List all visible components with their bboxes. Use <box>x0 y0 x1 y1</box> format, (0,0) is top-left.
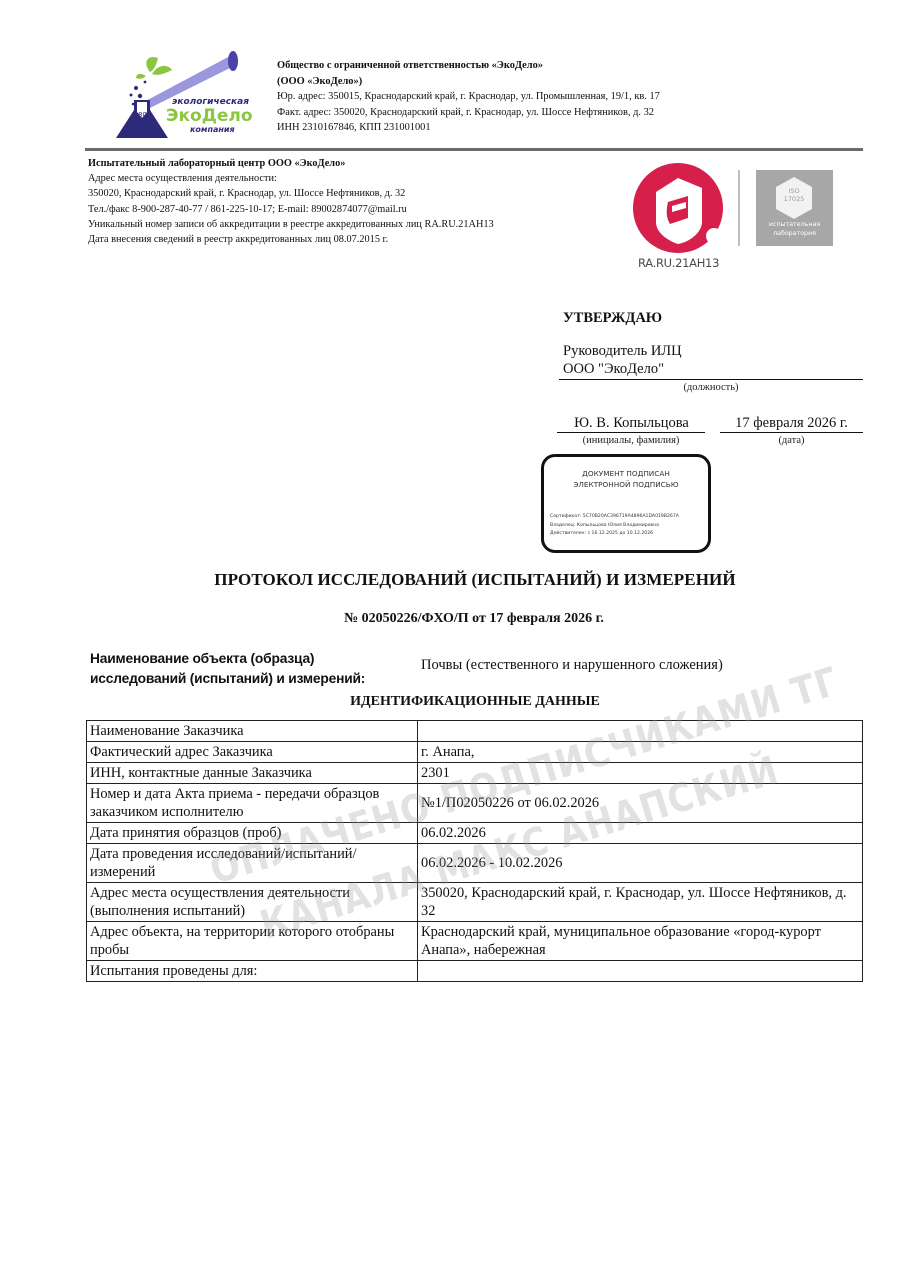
svg-text:80: 80 <box>138 111 147 119</box>
accreditation-a-icon <box>632 162 724 254</box>
org-short-name: (ООО «ЭкоДело») <box>277 74 660 90</box>
approval-title: УТВЕРЖДАЮ <box>563 310 662 327</box>
signer-line <box>557 432 705 433</box>
row-value: 2301 <box>418 763 863 784</box>
section-title: ИДЕНТИФИКАЦИОННЫЕ ДАННЫЕ <box>0 694 905 710</box>
org-actual-address: Факт. адрес: 350020, Краснодарский край,… <box>277 105 660 121</box>
table-row: ИНН, контактные данные Заказчика2301 <box>87 763 863 784</box>
row-value: 06.02.2026 <box>418 823 863 844</box>
organization-details: Общество с ограниченной ответственностью… <box>277 58 660 136</box>
row-value <box>418 721 863 742</box>
svg-text:ЭкоДело: ЭкоДело <box>166 106 252 126</box>
row-label: Наименование Заказчика <box>87 721 418 742</box>
ekodelo-logo: 80 экологическая ЭкоДело компания <box>112 44 252 140</box>
table-row: Наименование Заказчика <box>87 721 863 742</box>
identification-table: Наименование ЗаказчикаФактический адрес … <box>86 720 863 982</box>
row-label: Адрес места осуществления деятельности (… <box>87 883 418 922</box>
org-name: Общество с ограниченной ответственностью… <box>277 58 660 74</box>
row-label: Дата проведения исследований/испытаний/и… <box>87 844 418 883</box>
badge-divider <box>738 170 740 246</box>
position-line <box>559 379 863 380</box>
lab-registry-date: Дата внесения сведений в реестр аккредит… <box>88 232 494 247</box>
date-caption: (дата) <box>720 435 863 446</box>
row-value <box>418 961 863 982</box>
row-label: Фактический адрес Заказчика <box>87 742 418 763</box>
table-row: Испытания проведены для: <box>87 961 863 982</box>
approval-date: 17 февраля 2026 г. <box>720 415 863 432</box>
svg-text:компания: компания <box>190 125 235 134</box>
row-value: 06.02.2026 - 10.02.2026 <box>418 844 863 883</box>
table-row: Адрес места осуществления деятельности (… <box>87 883 863 922</box>
lab-address-label: Адрес места осуществления деятельности: <box>88 171 494 186</box>
lab-address: 350020, Краснодарский край, г. Краснодар… <box>88 186 494 201</box>
row-value: №1/П02050226 от 06.02.2026 <box>418 784 863 823</box>
row-value: Краснодарский край, муниципальное образо… <box>418 922 863 961</box>
lab-accreditation: Уникальный номер записи об аккредитации … <box>88 217 494 232</box>
org-legal-address: Юр. адрес: 350015, Краснодарский край, г… <box>277 89 660 105</box>
stamp-certificate: Сертификат: 5C70B20AC396719A4896A1DA019B… <box>550 513 679 522</box>
document-number: № 02050226/ФХО/П от 17 февраля 2026 г. <box>0 611 905 627</box>
table-row: Номер и дата Акта приема - передачи обра… <box>87 784 863 823</box>
stamp-owner: Владелец: Копыльцова Юлия Владимировна <box>550 522 679 531</box>
table-row: Дата принятия образцов (проб)06.02.2026 <box>87 823 863 844</box>
iso-hex-label: ISO 17025 <box>774 187 814 203</box>
org-tax-ids: ИНН 2310167846, КПП 231001001 <box>277 120 660 136</box>
object-label: Наименование объекта (образца) исследова… <box>90 649 365 689</box>
row-label: ИНН, контактные данные Заказчика <box>87 763 418 784</box>
iso-caption: испытательная лаборатория <box>756 221 833 238</box>
lab-details: Испытательный лабораторный центр ООО «Эк… <box>88 156 494 247</box>
position-caption: (должность) <box>559 382 863 393</box>
stamp-details: Сертификат: 5C70B20AC396719A4896A1DA019B… <box>550 513 679 539</box>
lab-name: Испытательный лабораторный центр ООО «Эк… <box>88 156 494 171</box>
table-row: Дата проведения исследований/испытаний/и… <box>87 844 863 883</box>
row-label: Номер и дата Акта приема - передачи обра… <box>87 784 418 823</box>
accreditation-code: RA.RU.21AH13 <box>638 256 719 270</box>
lab-contacts: Тел./факс 8-900-287-40-77 / 861-225-10-1… <box>88 202 494 217</box>
row-label: Испытания проведены для: <box>87 961 418 982</box>
signer-name: Ю. В. Копыльцова <box>559 415 704 432</box>
row-value: г. Анапа, <box>418 742 863 763</box>
row-label: Дата принятия образцов (проб) <box>87 823 418 844</box>
table-row: Фактический адрес Заказчикаг. Анапа, <box>87 742 863 763</box>
header-divider <box>85 148 863 151</box>
object-value: Почвы (естественного и нарушенного сложе… <box>421 657 723 674</box>
row-label: Адрес объекта, на территории которого от… <box>87 922 418 961</box>
document-title: ПРОТОКОЛ ИССЛЕДОВАНИЙ (ИСПЫТАНИЙ) И ИЗМЕ… <box>0 570 905 590</box>
stamp-title: ДОКУМЕНТ ПОДПИСАН ЭЛЕКТРОННОЙ ПОДПИСЬЮ <box>541 468 711 490</box>
date-line <box>720 432 863 433</box>
row-value: 350020, Краснодарский край, г. Краснодар… <box>418 883 863 922</box>
stamp-validity: Действителен: с 16.12.2025 до 10.12.2026 <box>550 530 679 539</box>
approval-position: Руководитель ИЛЦ ООО "ЭкоДело" <box>563 342 682 378</box>
table-row: Адрес объекта, на территории которого от… <box>87 922 863 961</box>
signer-caption: (инициалы, фамилия) <box>557 435 705 446</box>
